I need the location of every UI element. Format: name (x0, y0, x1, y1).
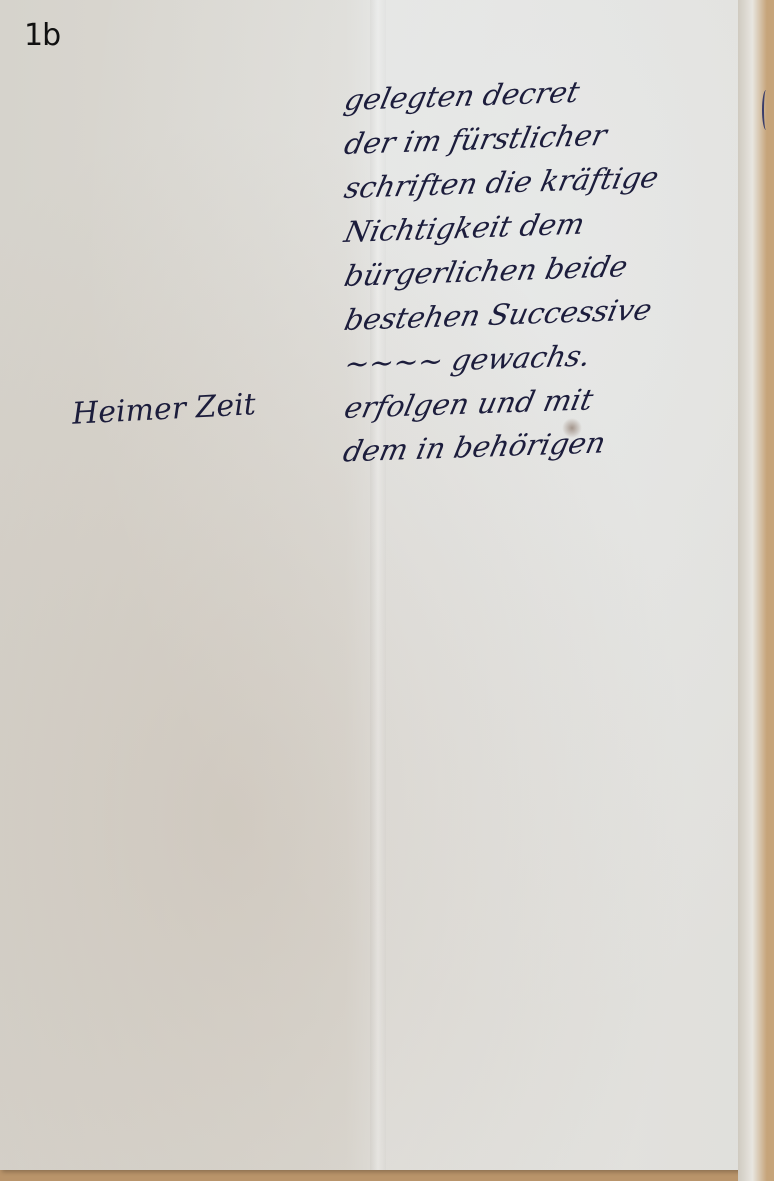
handwritten-body: gelegten decret der im fürstlicher schri… (345, 78, 656, 430)
document-page: 1b Heimer Zeit gelegten decret der im fü… (0, 0, 768, 1170)
margin-note: Heimer Zeit (71, 387, 256, 432)
ink-stain (562, 418, 582, 438)
next-page-edge (738, 0, 774, 1181)
edge-ink-mark (762, 90, 770, 130)
figure-label: 1b (24, 18, 60, 53)
